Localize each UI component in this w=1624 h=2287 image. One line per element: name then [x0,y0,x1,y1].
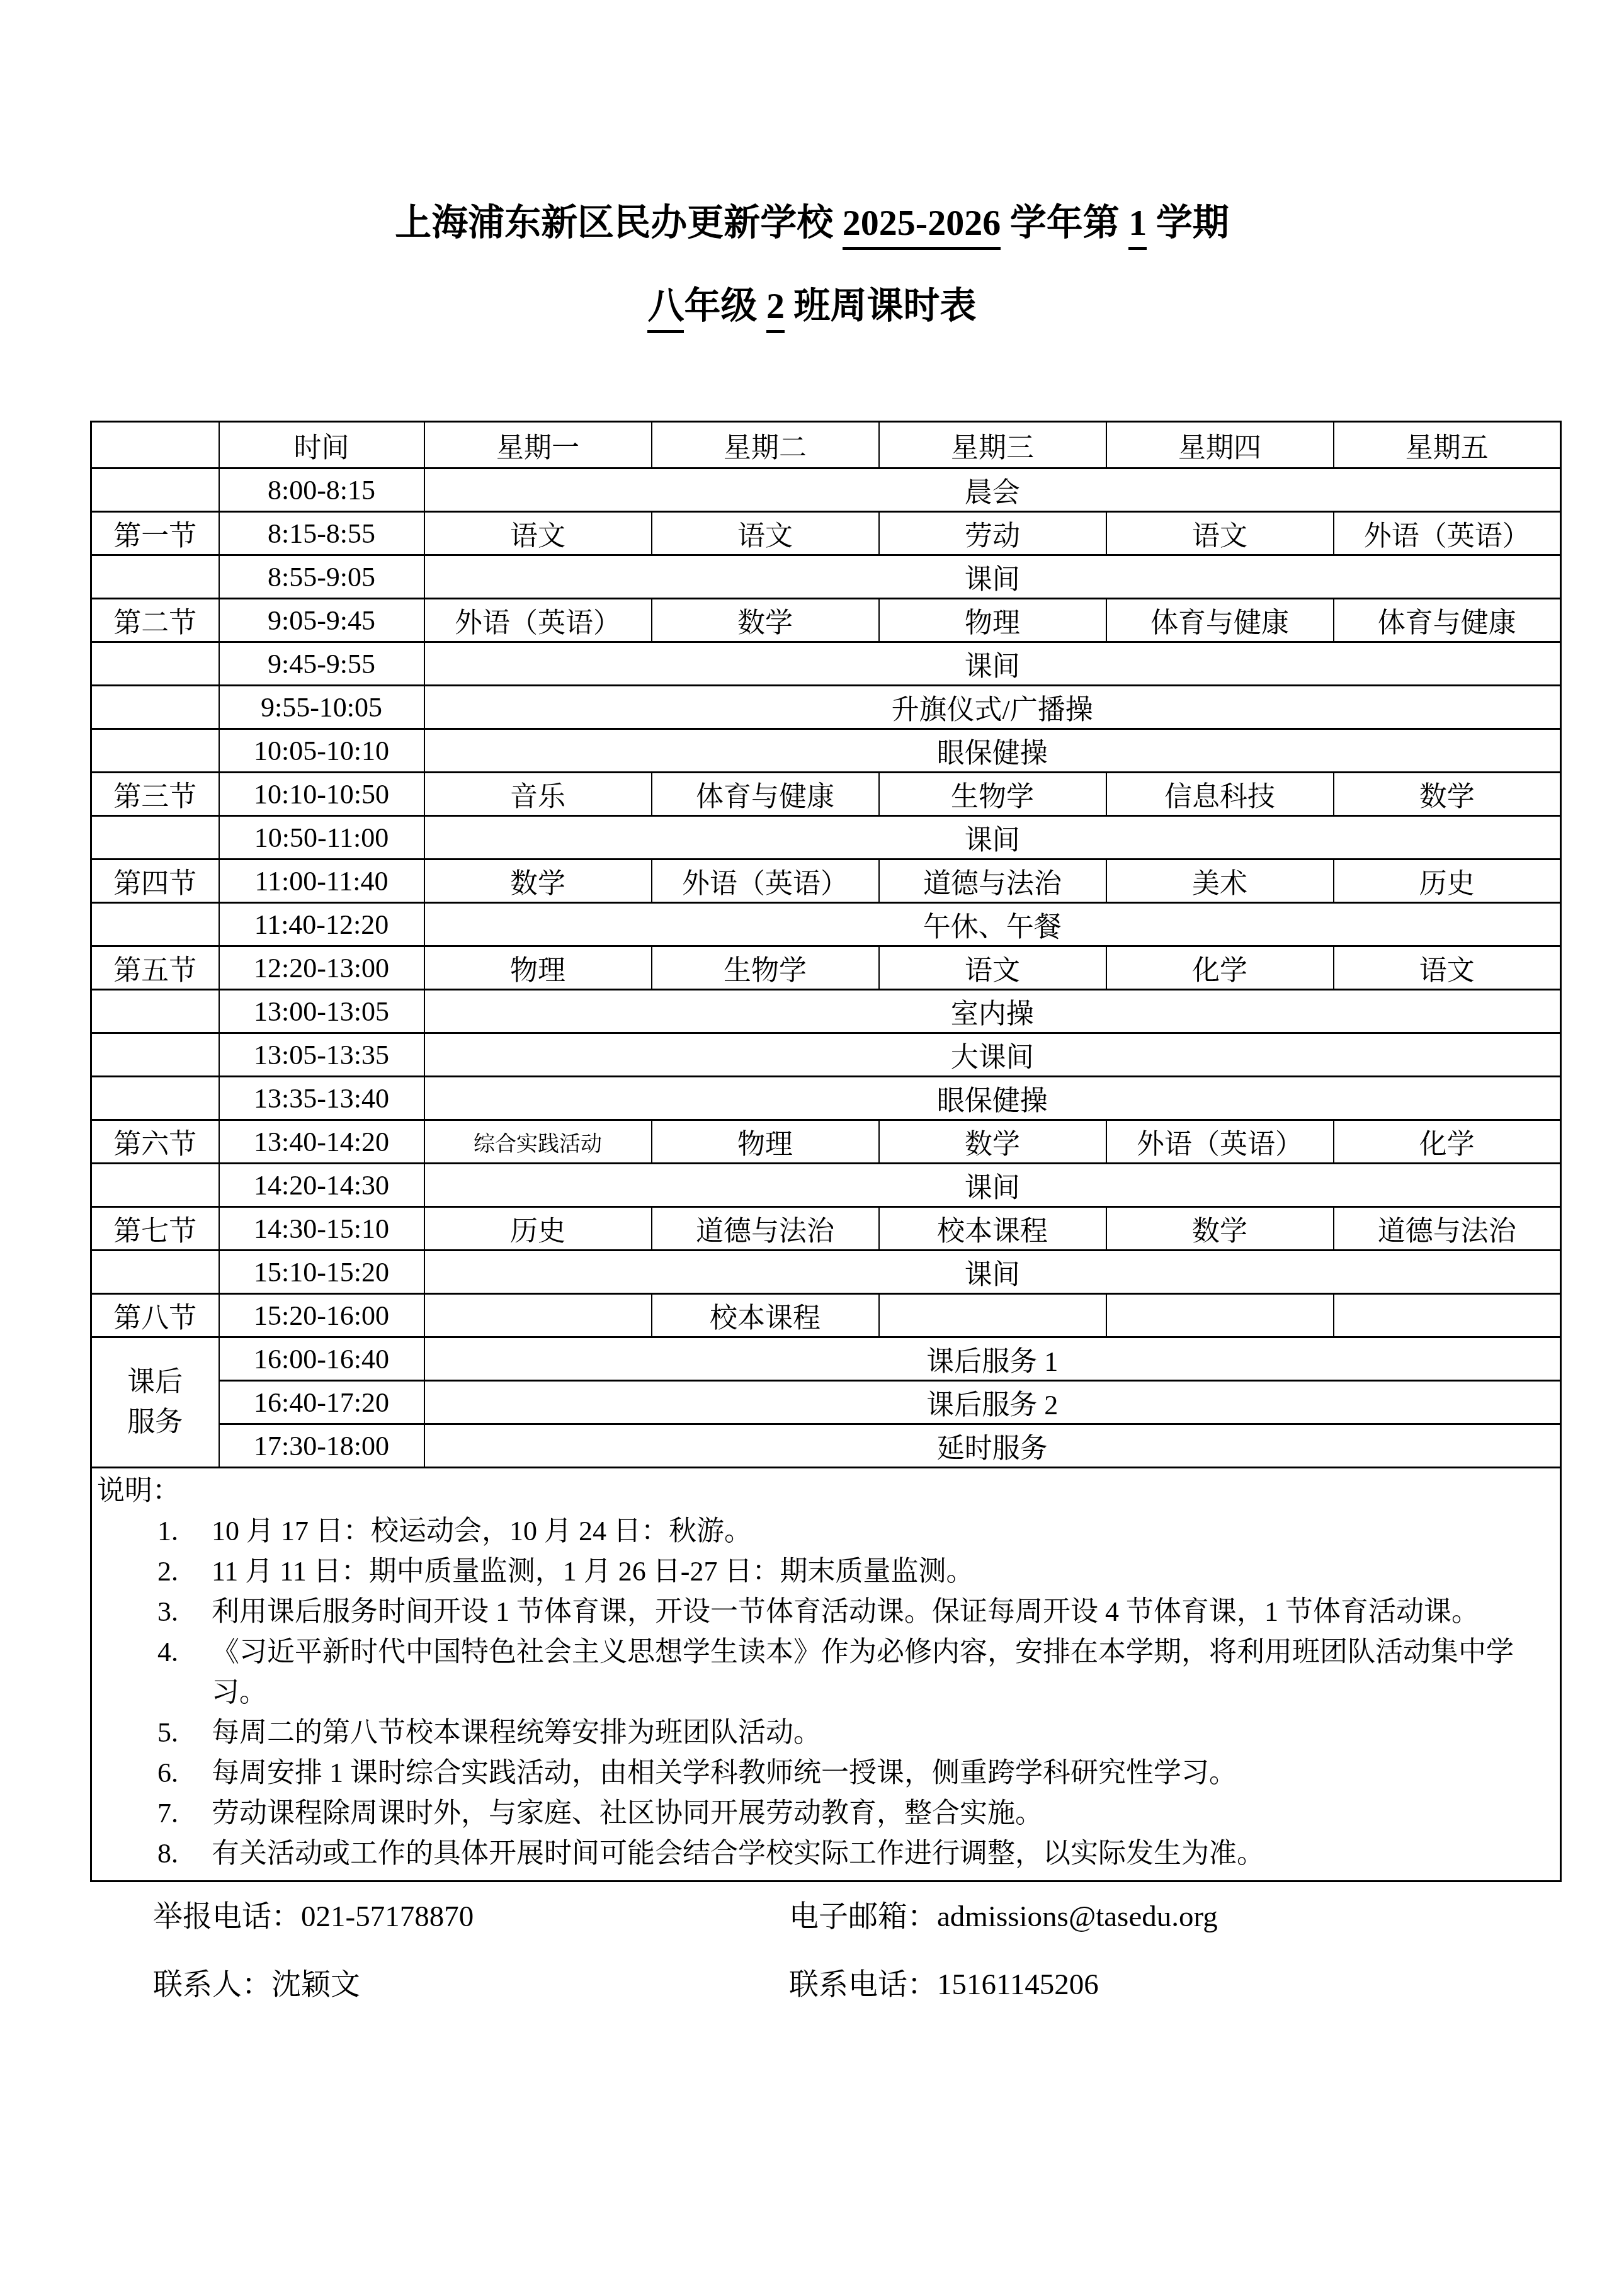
activity-span-cell: 眼保健操 [424,1077,1561,1120]
title-text: 班周课时表 [785,285,977,326]
timetable-row: 15:10-15:20课间 [91,1251,1561,1294]
lesson-cell: 物理 [652,1120,879,1164]
email: 电子邮箱：admissions@tasedu.org [789,1897,1218,1936]
timetable-row: 课后服务16:00-16:40课后服务 1 [91,1337,1561,1381]
note-item: 6.每周安排 1 课时综合实践活动，由相关学科教师统一授课，侧重跨学科研究性学习… [97,1753,1551,1793]
note-item: 7.劳动课程除周课时外，与家庭、社区协同开展劳动教育，整合实施。 [97,1793,1551,1834]
report-phone-label: 举报电话： [153,1900,301,1933]
lesson-cell: 外语（英语） [1106,1120,1334,1164]
timetable-row: 11:40-12:20午休、午餐 [91,903,1561,946]
title-text: 年级 [684,285,766,326]
timetable-row: 第四节11:00-11:40数学外语（英语）道德与法治美术历史 [91,860,1561,903]
section-cell [91,1033,219,1077]
notes-row: 说明：1.10 月 17 日：校运动会，10 月 24 日：秋游。2.11 月 … [91,1468,1561,1881]
note-text: 10 月 17 日：校运动会，10 月 24 日：秋游。 [212,1511,1551,1552]
timetable-row: 13:05-13:35大课间 [91,1033,1561,1077]
lesson-cell: 外语（英语） [424,599,652,642]
section-cell [91,990,219,1033]
time-cell: 15:20-16:00 [219,1294,424,1337]
report-phone: 举报电话：021-57178870 [153,1897,789,1936]
lesson-cell: 数学 [879,1120,1106,1164]
activity-span-cell: 晨会 [424,468,1561,512]
note-number: 7. [157,1793,212,1834]
lesson-cell: 化学 [1334,1120,1561,1164]
timetable-container: 时间星期一星期二星期三星期四星期五8:00-8:15晨会第一节8:15-8:55… [90,421,1624,1882]
note-text: 每周二的第八节校本课程统筹安排为班团队活动。 [212,1713,1551,1753]
note-number: 2. [157,1552,212,1592]
section-cell [91,468,219,512]
lesson-cell: 物理 [424,946,652,990]
timetable-row: 13:35-13:40眼保健操 [91,1077,1561,1120]
time-cell: 14:30-15:10 [219,1207,424,1251]
lesson-cell: 历史 [424,1207,652,1251]
time-cell: 14:20-14:30 [219,1164,424,1207]
time-cell: 11:40-12:20 [219,903,424,946]
note-number: 6. [157,1753,212,1793]
lesson-cell: 数学 [424,860,652,903]
lesson-cell: 外语（英语） [652,860,879,903]
note-number: 5. [157,1713,212,1753]
lesson-cell: 道德与法治 [1334,1207,1561,1251]
lesson-cell: 语文 [652,512,879,555]
timetable-row: 第八节15:20-16:00校本课程 [91,1294,1561,1337]
lesson-cell: 生物学 [652,946,879,990]
header-day-cell: 星期一 [424,422,652,468]
document-subtitle: 八年级 2 班周课时表 [0,283,1624,329]
note-text: 11 月 11 日：期中质量监测，1 月 26 日-27 日：期末质量监测。 [212,1552,1551,1592]
time-cell: 9:55-10:05 [219,686,424,729]
timetable-row: 16:40-17:20课后服务 2 [91,1381,1561,1424]
title-underlined-text: 八 [647,285,684,333]
document-title: 上海浦东新区民办更新学校 2025-2026 学年第 1 学期 [0,0,1624,246]
title-underlined-text: 2025-2026 [843,202,1001,250]
lesson-cell: 数学 [1334,773,1561,816]
timetable-row: 10:05-10:10眼保健操 [91,729,1561,773]
timetable-row: 10:50-11:00课间 [91,816,1561,860]
note-item: 4.《习近平新时代中国特色社会主义思想学生读本》作为必修内容，安排在本学期，将利… [97,1632,1551,1713]
lesson-cell: 综合实践活动 [424,1120,652,1164]
lesson-cell: 物理 [879,599,1106,642]
lesson-cell: 数学 [1106,1207,1334,1251]
timetable-row: 9:55-10:05升旗仪式/广播操 [91,686,1561,729]
section-cell [91,642,219,686]
activity-span-cell: 眼保健操 [424,729,1561,773]
note-text: 每周安排 1 课时综合实践活动，由相关学科教师统一授课，侧重跨学科研究性学习。 [212,1753,1551,1793]
activity-span-cell: 课间 [424,642,1561,686]
time-cell: 13:05-13:35 [219,1033,424,1077]
timetable-header-row: 时间星期一星期二星期三星期四星期五 [91,422,1561,468]
note-item: 8.有关活动或工作的具体开展时间可能会结合学校实际工作进行调整，以实际发生为准。 [97,1834,1551,1874]
section-cell [91,1251,219,1294]
lesson-cell: 校本课程 [879,1207,1106,1251]
header-day-cell: 星期五 [1334,422,1561,468]
time-cell: 8:55-9:05 [219,555,424,599]
activity-span-cell: 课后服务 1 [424,1337,1561,1381]
activity-span-cell: 室内操 [424,990,1561,1033]
title-text: 学期 [1147,202,1229,243]
note-item: 2.11 月 11 日：期中质量监测，1 月 26 日-27 日：期末质量监测。 [97,1552,1551,1592]
activity-span-cell: 课间 [424,816,1561,860]
timetable-row: 第一节8:15-8:55语文语文劳动语文外语（英语） [91,512,1561,555]
title-underlined-text: 1 [1128,202,1147,250]
title-underlined-text: 2 [766,285,785,333]
note-item: 3.利用课后服务时间开设 1 节体育课，开设一节体育活动课。保证每周开设 4 节… [97,1592,1551,1632]
timetable-row: 第五节12:20-13:00物理生物学语文化学语文 [91,946,1561,990]
time-cell: 10:05-10:10 [219,729,424,773]
activity-span-cell: 升旗仪式/广播操 [424,686,1561,729]
time-cell: 12:20-13:00 [219,946,424,990]
time-cell: 13:35-13:40 [219,1077,424,1120]
lesson-cell: 语文 [1334,946,1561,990]
time-cell: 10:10-10:50 [219,773,424,816]
lesson-cell: 劳动 [879,512,1106,555]
timetable-row: 14:20-14:30课间 [91,1164,1561,1207]
contact-person: 联系人：沈颖文 [153,1965,789,2004]
lesson-cell [879,1294,1106,1337]
section-cell [91,729,219,773]
section-label: 课后服务 [125,1362,186,1443]
section-cell [91,1077,219,1120]
section-cell: 第六节 [91,1120,219,1164]
header-time-cell: 时间 [219,422,424,468]
lesson-cell: 生物学 [879,773,1106,816]
lesson-cell: 体育与健康 [1334,599,1561,642]
activity-span-cell: 课间 [424,555,1561,599]
contact-phone: 联系电话：15161145206 [789,1965,1099,2004]
lesson-cell: 语文 [1106,512,1334,555]
lesson-cell: 外语（英语） [1334,512,1561,555]
lesson-cell [424,1294,652,1337]
title-text: 上海浦东新区民办更新学校 [395,202,843,243]
time-cell: 16:00-16:40 [219,1337,424,1381]
note-number: 4. [157,1632,212,1672]
section-cell: 课后服务 [91,1337,219,1468]
lesson-cell: 美术 [1106,860,1334,903]
time-cell: 13:40-14:20 [219,1120,424,1164]
time-cell: 10:50-11:00 [219,816,424,860]
timetable-row: 第二节9:05-9:45外语（英语）数学物理体育与健康体育与健康 [91,599,1561,642]
activity-span-cell: 课间 [424,1164,1561,1207]
section-cell [91,903,219,946]
time-cell: 8:15-8:55 [219,512,424,555]
lesson-cell: 音乐 [424,773,652,816]
section-cell: 第七节 [91,1207,219,1251]
timetable-row: 第六节13:40-14:20综合实践活动物理数学外语（英语）化学 [91,1120,1561,1164]
footer-row-1: 举报电话：021-57178870 电子邮箱：admissions@tasedu… [153,1897,1624,1936]
timetable-page: { "page": {"background": "#ffffff", "tex… [0,0,1624,2287]
time-cell: 17:30-18:00 [219,1424,424,1468]
section-cell: 第四节 [91,860,219,903]
footer-row-2: 联系人：沈颖文 联系电话：15161145206 [153,1965,1624,2004]
lesson-cell: 信息科技 [1106,773,1334,816]
contact-label: 联系人： [153,1968,271,2001]
timetable-row: 第三节10:10-10:50音乐体育与健康生物学信息科技数学 [91,773,1561,816]
header-day-cell: 星期四 [1106,422,1334,468]
section-cell: 第三节 [91,773,219,816]
time-cell: 11:00-11:40 [219,860,424,903]
lesson-cell: 语文 [879,946,1106,990]
note-number: 1. [157,1511,212,1552]
time-cell: 9:45-9:55 [219,642,424,686]
lesson-cell: 体育与健康 [652,773,879,816]
note-item: 5.每周二的第八节校本课程统筹安排为班团队活动。 [97,1713,1551,1753]
note-text: 劳动课程除周课时外，与家庭、社区协同开展劳动教育，整合实施。 [212,1793,1551,1834]
activity-span-cell: 课后服务 2 [424,1381,1561,1424]
lesson-cell: 校本课程 [652,1294,879,1337]
header-day-cell: 星期二 [652,422,879,468]
email-value: admissions@tasedu.org [937,1900,1218,1933]
section-cell [91,686,219,729]
weekly-timetable: 时间星期一星期二星期三星期四星期五8:00-8:15晨会第一节8:15-8:55… [90,421,1562,1882]
section-cell [91,555,219,599]
section-cell: 第八节 [91,1294,219,1337]
note-text: 利用课后服务时间开设 1 节体育课，开设一节体育活动课。保证每周开设 4 节体育… [212,1592,1551,1632]
lesson-cell: 体育与健康 [1106,599,1334,642]
note-text: 《习近平新时代中国特色社会主义思想学生读本》作为必修内容，安排在本学期，将利用班… [212,1632,1551,1713]
activity-span-cell: 午休、午餐 [424,903,1561,946]
lesson-cell: 道德与法治 [879,860,1106,903]
note-number: 3. [157,1592,212,1632]
timetable-row: 17:30-18:00延时服务 [91,1424,1561,1468]
time-cell: 13:00-13:05 [219,990,424,1033]
time-cell: 8:00-8:15 [219,468,424,512]
activity-span-cell: 课间 [424,1251,1561,1294]
lesson-cell: 语文 [424,512,652,555]
timetable-row: 8:00-8:15晨会 [91,468,1561,512]
time-cell: 16:40-17:20 [219,1381,424,1424]
footer: 举报电话：021-57178870 电子邮箱：admissions@tasedu… [153,1897,1624,2004]
notes-heading: 说明： [97,1471,1551,1511]
timetable-row: 9:45-9:55课间 [91,642,1561,686]
time-cell: 9:05-9:45 [219,599,424,642]
timetable-row: 第七节14:30-15:10历史道德与法治校本课程数学道德与法治 [91,1207,1561,1251]
activity-span-cell: 大课间 [424,1033,1561,1077]
section-cell [91,816,219,860]
notes-cell: 说明：1.10 月 17 日：校运动会，10 月 24 日：秋游。2.11 月 … [91,1468,1561,1881]
lesson-cell [1106,1294,1334,1337]
note-item: 1.10 月 17 日：校运动会，10 月 24 日：秋游。 [97,1511,1551,1552]
note-number: 8. [157,1834,212,1874]
section-cell: 第五节 [91,946,219,990]
lesson-cell: 化学 [1106,946,1334,990]
header-day-cell: 星期三 [879,422,1106,468]
notes-list: 1.10 月 17 日：校运动会，10 月 24 日：秋游。2.11 月 11 … [97,1511,1551,1874]
lesson-cell: 道德与法治 [652,1207,879,1251]
section-cell [91,1164,219,1207]
lesson-cell [1334,1294,1561,1337]
timetable-row: 8:55-9:05课间 [91,555,1561,599]
email-label: 电子邮箱： [789,1900,937,1933]
contact-value: 沈颖文 [271,1968,360,2001]
title-text: 学年第 [1001,202,1128,243]
time-cell: 15:10-15:20 [219,1251,424,1294]
section-cell: 第一节 [91,512,219,555]
phone-value: 15161145206 [937,1968,1099,2001]
report-phone-value: 021-57178870 [301,1900,474,1933]
timetable-row: 13:00-13:05室内操 [91,990,1561,1033]
activity-span-cell: 延时服务 [424,1424,1561,1468]
section-cell: 第二节 [91,599,219,642]
lesson-cell: 数学 [652,599,879,642]
phone-label: 联系电话： [789,1968,937,2001]
note-text: 有关活动或工作的具体开展时间可能会结合学校实际工作进行调整，以实际发生为准。 [212,1834,1551,1874]
lesson-cell: 历史 [1334,860,1561,903]
header-corner-cell [91,422,219,468]
